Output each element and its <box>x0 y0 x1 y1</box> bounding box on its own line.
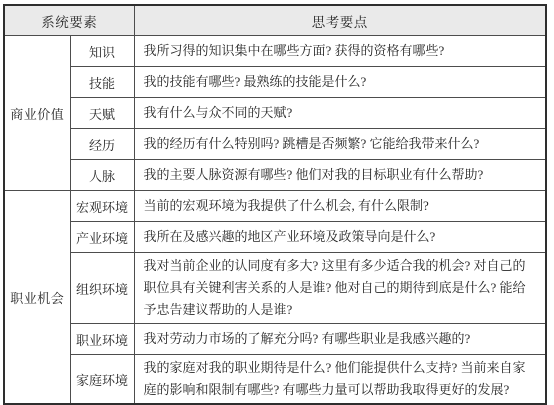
point-macro-environment: 当前的宏观环境为我提供了什么机会, 有什么限制? <box>134 191 546 222</box>
element-family-environment: 家庭环境 <box>70 355 134 405</box>
category-career-opportunity: 职业机会 <box>4 191 70 405</box>
element-network: 人脉 <box>70 160 134 191</box>
point-experience: 我的经历有什么特别吗? 跳槽是否频繁? 它能给我带来什么? <box>134 129 546 160</box>
table-row: 天赋 我有什么与众不同的天赋? <box>4 98 546 129</box>
table-row: 组织环境 我对当前企业的认同度有多大? 这里有多少适合我的机会? 对自己的职位具… <box>4 253 546 324</box>
table-row: 职业机会 宏观环境 当前的宏观环境为我提供了什么机会, 有什么限制? <box>4 191 546 222</box>
header-thinking-points: 思考要点 <box>134 5 546 36</box>
table-row: 技能 我的技能有哪些? 最熟练的技能是什么? <box>4 67 546 98</box>
header-system-elements: 系统要素 <box>4 5 134 36</box>
element-knowledge: 知识 <box>70 36 134 67</box>
category-commercial-value: 商业价值 <box>4 36 70 191</box>
element-organization-environment: 组织环境 <box>70 253 134 324</box>
table-row: 职业环境 我对劳动力市场的了解充分吗? 有哪些职业是我感兴趣的? <box>4 324 546 355</box>
table-row: 家庭环境 我的家庭对我的职业期待是什么? 他们能提供什么支持? 当前来自家庭的影… <box>4 355 546 405</box>
point-family-environment: 我的家庭对我的职业期待是什么? 他们能提供什么支持? 当前来自家庭的影响和限制有… <box>134 355 546 405</box>
document-page: 系统要素 思考要点 商业价值 知识 我所习得的知识集中在哪些方面? 获得的资格有… <box>0 0 554 370</box>
career-analysis-table: 系统要素 思考要点 商业价值 知识 我所习得的知识集中在哪些方面? 获得的资格有… <box>3 4 547 405</box>
element-skills: 技能 <box>70 67 134 98</box>
point-industry-environment: 我所在及感兴趣的地区产业环境及政策导向是什么? <box>134 222 546 253</box>
point-network: 我的主要人脉资源有哪些? 他们对我的目标职业有什么帮助? <box>134 160 546 191</box>
table-row: 人脉 我的主要人脉资源有哪些? 他们对我的目标职业有什么帮助? <box>4 160 546 191</box>
table-row: 经历 我的经历有什么特别吗? 跳槽是否频繁? 它能给我带来什么? <box>4 129 546 160</box>
element-talent: 天赋 <box>70 98 134 129</box>
point-talent: 我有什么与众不同的天赋? <box>134 98 546 129</box>
element-occupation-environment: 职业环境 <box>70 324 134 355</box>
element-experience: 经历 <box>70 129 134 160</box>
element-macro-environment: 宏观环境 <box>70 191 134 222</box>
table-row: 商业价值 知识 我所习得的知识集中在哪些方面? 获得的资格有哪些? <box>4 36 546 67</box>
point-knowledge: 我所习得的知识集中在哪些方面? 获得的资格有哪些? <box>134 36 546 67</box>
point-occupation-environment: 我对劳动力市场的了解充分吗? 有哪些职业是我感兴趣的? <box>134 324 546 355</box>
point-organization-environment: 我对当前企业的认同度有多大? 这里有多少适合我的机会? 对自己的职位具有关键利害… <box>134 253 546 324</box>
point-skills: 我的技能有哪些? 最熟练的技能是什么? <box>134 67 546 98</box>
element-industry-environment: 产业环境 <box>70 222 134 253</box>
header-row: 系统要素 思考要点 <box>4 5 546 36</box>
table-row: 产业环境 我所在及感兴趣的地区产业环境及政策导向是什么? <box>4 222 546 253</box>
